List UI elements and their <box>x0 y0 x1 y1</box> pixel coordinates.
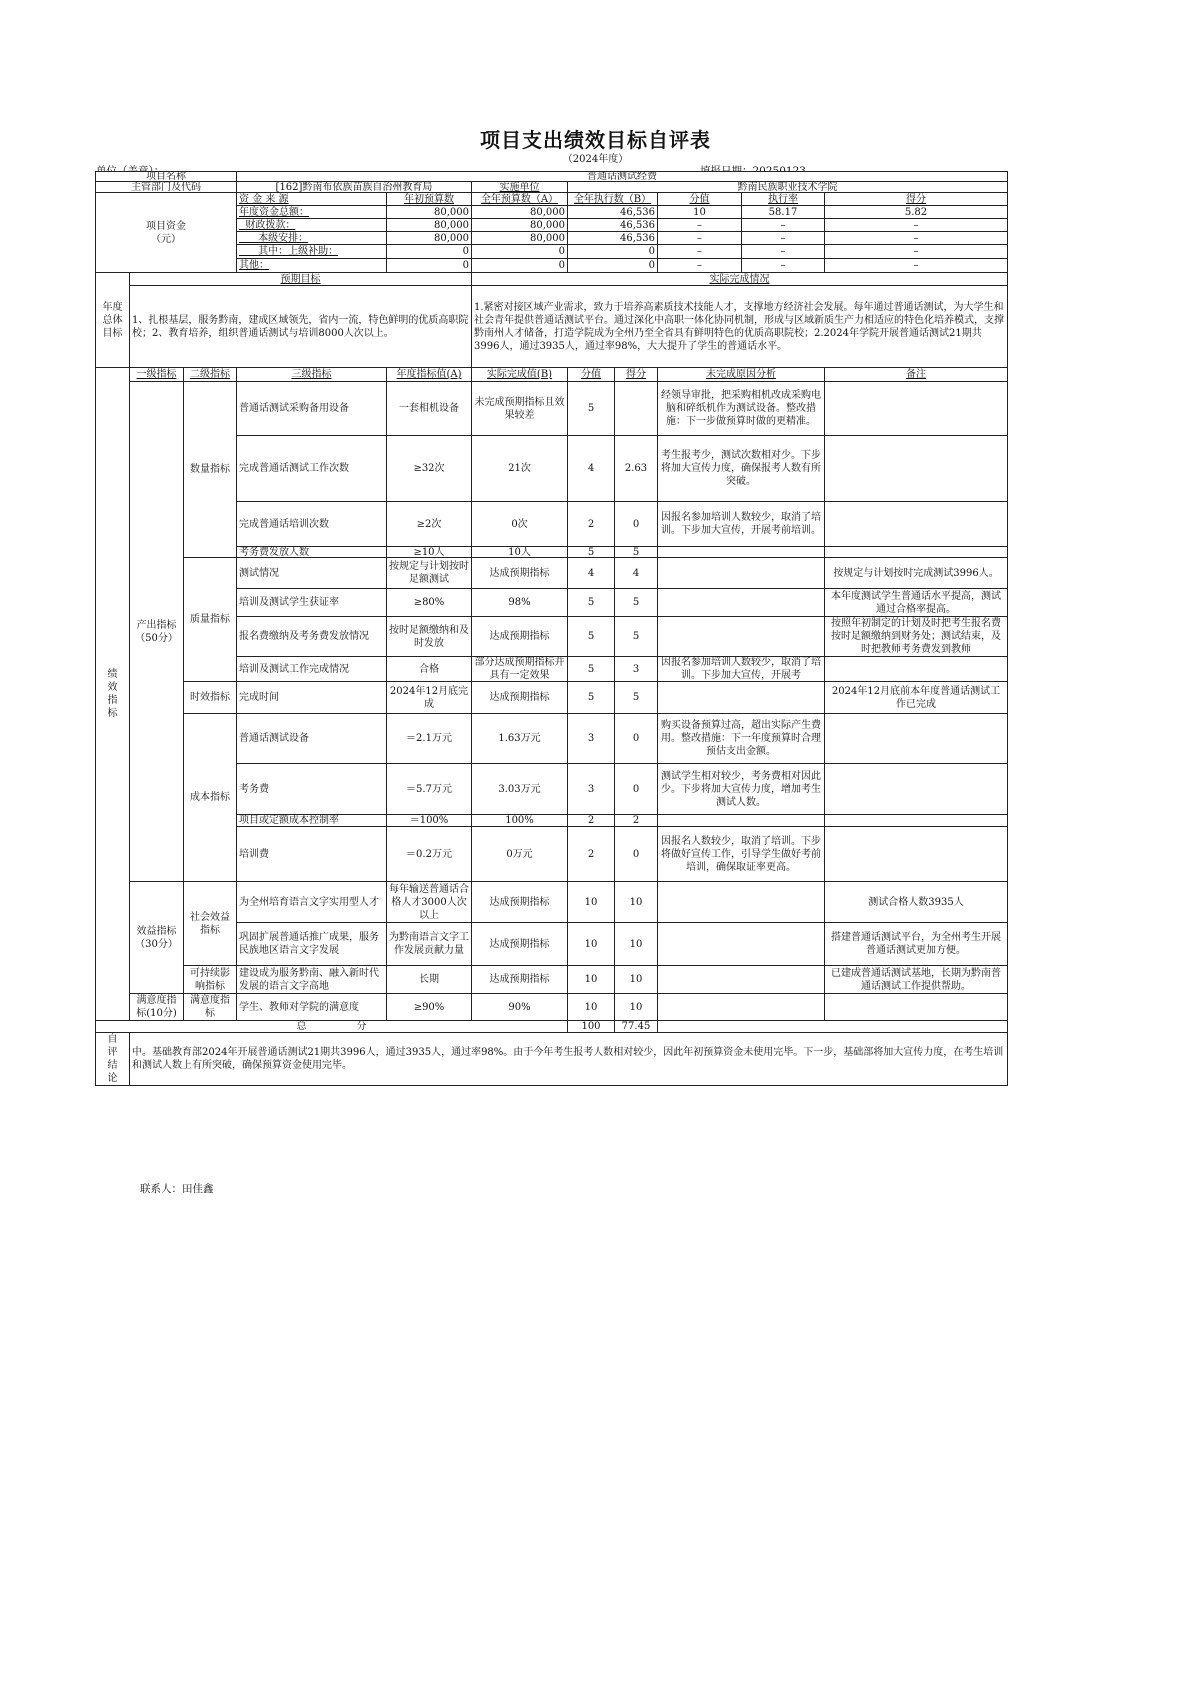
contact-person: 联系人：田佳鑫 <box>140 1181 214 1196</box>
remark <box>824 713 1008 764</box>
annual-target: 每年输送普通话合格人才3000人次以上 <box>386 881 472 923</box>
funds-score-value: – <box>657 244 742 259</box>
score-value: 0 <box>614 501 658 547</box>
funds-rate: – <box>741 244 825 259</box>
funds-score-value: – <box>657 218 742 232</box>
funds-score-value: 10 <box>657 205 742 219</box>
level3-indicator: 培训及测试工作完成情况 <box>236 656 387 682</box>
score-value: 0 <box>614 713 658 764</box>
weight-value: 2 <box>567 501 615 547</box>
weight-value: 10 <box>567 965 615 994</box>
expected-goal-header: 预期目标 <box>129 272 472 286</box>
weight-value: 5 <box>567 588 615 617</box>
indicator-header: 年度指标值(A) <box>386 367 472 382</box>
weight-value: 5 <box>567 656 615 682</box>
funds-annual: 80,000 <box>471 231 568 245</box>
score-value: 4 <box>614 557 658 589</box>
remark: 已建成普通话测试基地，长期为黔南普通话测试工作提供帮助。 <box>824 965 1008 994</box>
funds-header: 年初预算数 <box>386 192 472 206</box>
indicators-section-label: 绩 效 指 标 <box>95 367 130 1021</box>
funds-source: 财政拨款： <box>236 218 387 232</box>
level2-indicator: 时效指标 <box>183 681 237 714</box>
annual-target: 长期 <box>386 965 472 994</box>
reason-analysis: 经领导审批，把采购相机改成采购电脑和碎纸机作为测试设备。整改措施：下一步做预算时… <box>657 381 825 436</box>
annual-target: ＝2.1万元 <box>386 713 472 764</box>
funds-score: – <box>824 218 1008 232</box>
annual-target: ≥80% <box>386 588 472 617</box>
reason-analysis <box>657 681 825 714</box>
level3-indicator: 完成普通话测试工作次数 <box>236 435 387 502</box>
score-value: 5 <box>614 681 658 714</box>
weight-value: 10 <box>567 881 615 923</box>
level1-indicator: 满意度指标(10分) <box>129 993 184 1021</box>
level3-indicator: 普通话测试设备 <box>236 713 387 764</box>
funds-initial: 0 <box>386 244 472 259</box>
level2-indicator: 成本指标 <box>183 713 237 882</box>
annual-target: 2024年12月底完成 <box>386 681 472 714</box>
weight-value: 5 <box>567 681 615 714</box>
score-value: 10 <box>614 922 658 966</box>
level3-indicator: 学生、教师对学院的满意度 <box>236 993 387 1021</box>
actual-value: 达成预期指标 <box>471 616 568 657</box>
funds-initial: 0 <box>386 258 472 273</box>
funds-score: – <box>824 244 1008 259</box>
funds-annual: 0 <box>471 258 568 273</box>
reason-analysis <box>657 881 825 923</box>
actual-value: 21次 <box>471 435 568 502</box>
funds-initial: 80,000 <box>386 205 472 219</box>
level3-indicator: 测试情况 <box>236 557 387 589</box>
actual-value: 90% <box>471 993 568 1021</box>
report-year: （2024年度） <box>0 150 1191 165</box>
funds-initial: 80,000 <box>386 231 472 245</box>
remark: 搭建普通话测试平台，为全州考生开展普通话测试更加方便。 <box>824 922 1008 966</box>
weight-value: 5 <box>567 616 615 657</box>
funds-executed: 0 <box>567 244 658 259</box>
level3-indicator: 考务费 <box>236 763 387 815</box>
level3-indicator: 培训费 <box>236 826 387 882</box>
level2-indicator: 可持续影响指标 <box>183 965 237 994</box>
indicator-header: 三级指标 <box>236 367 387 382</box>
funds-executed: 46,536 <box>567 231 658 245</box>
level2-indicator: 数量指标 <box>183 381 237 558</box>
funds-executed: 46,536 <box>567 205 658 219</box>
funds-annual: 80,000 <box>471 205 568 219</box>
indicator-header: 未完成原因分析 <box>657 367 825 382</box>
funds-annual: 0 <box>471 244 568 259</box>
reason-analysis: 考生报考少，测试次数相对少。下步将加大宣传力度，确保报考人数有所突破。 <box>657 435 825 502</box>
remark: 按规定与计划按时完成测试3996人。 <box>824 557 1008 589</box>
reason-analysis <box>657 616 825 657</box>
conclusion-text: 中。基础教育部2024年开展普通话测试21期共3996人，通过3935人，通过率… <box>129 1032 1008 1086</box>
annual-target: 按规定与计划按时足额测试 <box>386 557 472 589</box>
reason-analysis <box>657 993 825 1021</box>
level3-indicator: 建设成为服务黔南、融入新时代发展的语言文字高地 <box>236 965 387 994</box>
level3-indicator: 培训及测试学生获证率 <box>236 588 387 617</box>
weight-value: 5 <box>567 381 615 436</box>
funds-header: 分值 <box>657 192 742 206</box>
reason-analysis <box>657 557 825 589</box>
actual-value: 达成预期指标 <box>471 922 568 966</box>
funds-header: 资 金 来 源 <box>236 192 387 206</box>
score-value: 0 <box>614 763 658 815</box>
remark <box>824 381 1008 436</box>
funds-source: 其他： <box>236 258 387 273</box>
funds-rate: – <box>741 231 825 245</box>
funds-executed: 46,536 <box>567 218 658 232</box>
reason-analysis: 购买设备预算过高，超出实际产生费用。整改措施：下一年度预算时合理预估支出金额。 <box>657 713 825 764</box>
conclusion-label: 自 评 结 论 <box>95 1032 130 1086</box>
level3-indicator: 巩固扩展普通话推广成果，服务民族地区语言文字发展 <box>236 922 387 966</box>
level3-indicator: 普通话测试采购备用设备 <box>236 381 387 436</box>
annual-target: ≥32次 <box>386 435 472 502</box>
score-value <box>614 381 658 436</box>
actual-value: 达成预期指标 <box>471 881 568 923</box>
funds-header: 得分 <box>824 192 1008 206</box>
score-value: 10 <box>614 965 658 994</box>
funds-source: 年度资金总额： <box>236 205 387 219</box>
actual-value: 未完成预期指标且效果较差 <box>471 381 568 436</box>
funds-score: – <box>824 231 1008 245</box>
level3-indicator: 报名费缴纳及考务费发放情况 <box>236 616 387 657</box>
reason-analysis <box>657 965 825 994</box>
funds-annual: 80,000 <box>471 218 568 232</box>
funds-score-value: – <box>657 231 742 245</box>
reason-analysis: 测试学生相对较少，考务费相对因此少。下步将加大宣传力度，增加考生测试人数。 <box>657 763 825 815</box>
remark <box>824 763 1008 815</box>
remark <box>824 993 1008 1021</box>
funds-rate: 58.17 <box>741 205 825 219</box>
remark <box>824 435 1008 502</box>
indicator-header: 备注 <box>824 367 1008 382</box>
actual-value: 部分达成预期指标并具有一定效果 <box>471 656 568 682</box>
actual-value: 0次 <box>471 501 568 547</box>
level2-indicator: 质量指标 <box>183 557 237 682</box>
funds-rate: – <box>741 218 825 232</box>
actual-completion-header: 实际完成情况 <box>471 272 1008 286</box>
score-value: 10 <box>614 881 658 923</box>
reason-analysis <box>657 588 825 617</box>
score-value: 3 <box>614 656 658 682</box>
level3-indicator: 完成时间 <box>236 681 387 714</box>
funds-header: 全年预算数（A） <box>471 192 568 206</box>
remark: 测试合格人数3935人 <box>824 881 1008 923</box>
level1-indicator: 效益指标 （30分） <box>129 881 184 994</box>
score-value: 0 <box>614 826 658 882</box>
funds-score: – <box>824 258 1008 273</box>
annual-target: ≥2次 <box>386 501 472 547</box>
weight-value: 10 <box>567 993 615 1021</box>
indicator-header: 得分 <box>614 367 658 382</box>
funds-source: 本级安排： <box>236 231 387 245</box>
score-value: 10 <box>614 993 658 1021</box>
indicator-header: 一级指标 <box>129 367 184 382</box>
expected-goal-text: 1、扎根基层，服务黔南，建成区域领先，省内一流，特色鲜明的优质高职院校；2、教育… <box>129 285 472 368</box>
reason-analysis: 因报名参加培训人数较少，取消了培训。下步加大宣传，开展考前培训。 <box>657 501 825 547</box>
score-value: 2.63 <box>614 435 658 502</box>
indicator-header: 二级指标 <box>183 367 237 382</box>
actual-value: 达成预期指标 <box>471 681 568 714</box>
funds-rate: – <box>741 258 825 273</box>
funds-header: 执行率 <box>741 192 825 206</box>
funds-header: 全年执行数（B） <box>567 192 658 206</box>
indicator-header: 分值 <box>567 367 615 382</box>
level2-indicator: 满意度指标 <box>183 993 237 1021</box>
weight-value: 4 <box>567 557 615 589</box>
actual-value: 3.03万元 <box>471 763 568 815</box>
actual-value: 98% <box>471 588 568 617</box>
funds-score-value: – <box>657 258 742 273</box>
weight-value: 2 <box>567 826 615 882</box>
actual-completion-text: 1.紧密对接区域产业需求，致力于培养高素质技术技能人才，支撑地方经济社会发展。每… <box>471 285 1008 368</box>
actual-value: 达成预期指标 <box>471 965 568 994</box>
annual-target: ≥90% <box>386 993 472 1021</box>
actual-value: 0万元 <box>471 826 568 882</box>
page-title: 项目支出绩效目标自评表 <box>0 124 1191 153</box>
remark <box>824 826 1008 882</box>
remark: 按照年初制定的计划及时把考生报名费按时足额缴纳到财务处；测试结束，及时把教师考务… <box>824 616 1008 657</box>
remark <box>824 501 1008 547</box>
weight-value: 10 <box>567 922 615 966</box>
funds-source: 其中：上级补助： <box>236 244 387 259</box>
actual-value: 1.63万元 <box>471 713 568 764</box>
annual-target: ＝5.7万元 <box>386 763 472 815</box>
indicator-header: 实际完成值(B) <box>471 367 568 382</box>
actual-value: 达成预期指标 <box>471 557 568 589</box>
level3-indicator: 为全州培育语言文字实用型人才 <box>236 881 387 923</box>
score-value: 5 <box>614 588 658 617</box>
funds-score: 5.82 <box>824 205 1008 219</box>
score-value: 5 <box>614 616 658 657</box>
level2-indicator: 社会效益指标 <box>183 881 237 966</box>
annual-target: ＝0.2万元 <box>386 826 472 882</box>
weight-value: 4 <box>567 435 615 502</box>
reason-analysis: 因报名人数较少，取消了培训。下步将做好宣传工作，引导学生做好考前培训，确保取证率… <box>657 826 825 882</box>
annual-target: 一套相机设备 <box>386 381 472 436</box>
remark: 2024年12月底前本年度普通话测试工作已完成 <box>824 681 1008 714</box>
reason-analysis: 因报名参加培训人数较少，取消了培训。下步加大宣传，开展考 <box>657 656 825 682</box>
reason-analysis <box>657 922 825 966</box>
annual-target: 按时足额缴纳和及时发放 <box>386 616 472 657</box>
annual-target: 为黔南语言文字工作发展贡献力量 <box>386 922 472 966</box>
weight-value: 3 <box>567 713 615 764</box>
funds-section-label: 项目资金 （元） <box>95 192 237 273</box>
remark <box>824 656 1008 682</box>
remark: 本年度测试学生普通话水平提高，测试通过合格率提高。 <box>824 588 1008 617</box>
level3-indicator: 完成普通话培训次数 <box>236 501 387 547</box>
funds-initial: 80,000 <box>386 218 472 232</box>
annual-goal-label: 年度 总体 目标 <box>95 272 130 368</box>
weight-value: 3 <box>567 763 615 815</box>
level1-indicator: 产出指标 （50分） <box>129 381 184 882</box>
funds-executed: 0 <box>567 258 658 273</box>
annual-target: 合格 <box>386 656 472 682</box>
